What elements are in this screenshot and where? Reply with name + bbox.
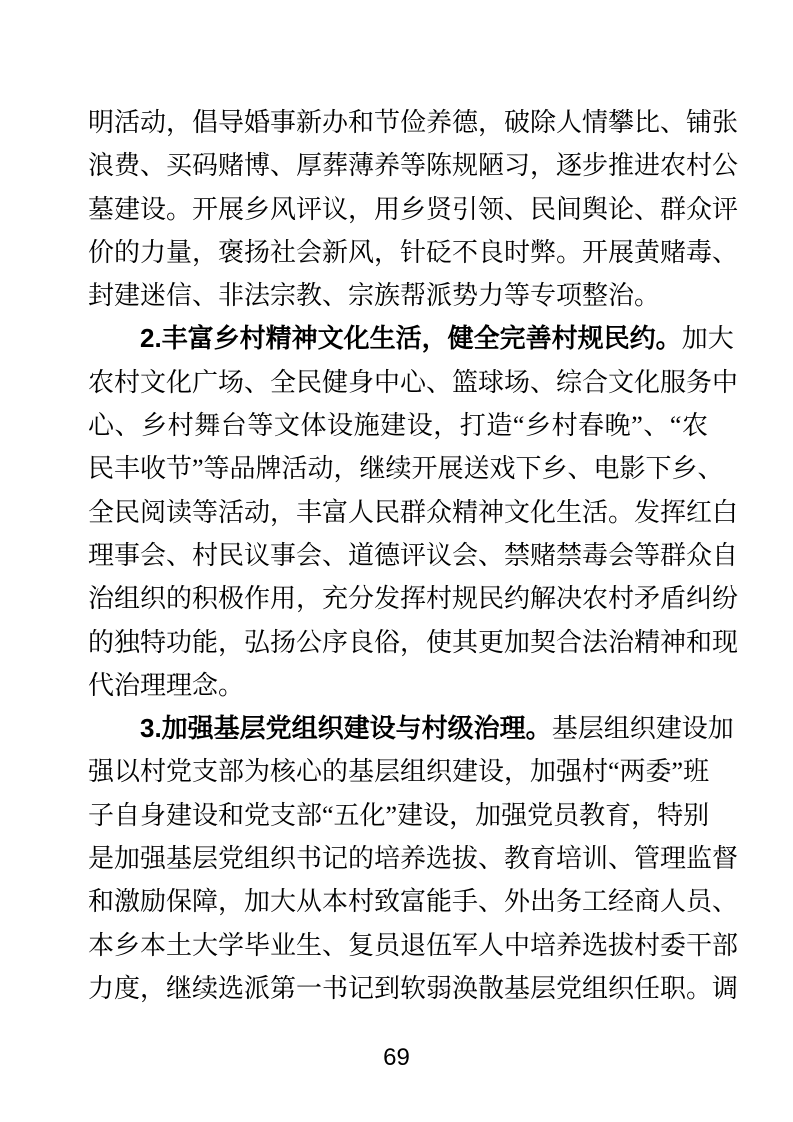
line-text: 封建迷信、非法宗教、宗族帮派势力等专项整治。 [88,281,660,310]
line-text: 强以村党支部为核心的基层组织建设，加强村“两委”班 [88,757,709,786]
text-line: 理事会、村民议事会、道德评议会、禁赌禁毒会等群众自 [88,534,708,577]
text-line: 农村文化广场、全民健身中心、篮球场、综合文化服务中 [88,361,708,404]
line-text: 全民阅读等活动，丰富人民群众精神文化生活。发挥红白 [88,498,738,527]
text-line: 明活动，倡导婚事新办和节俭养德，破除人情攀比、铺张 [88,101,708,144]
line-text: 民丰收节”等品牌活动，继续开展送戏下乡、电影下乡、 [88,454,724,483]
line-text: 心、乡村舞台等文体设施建设，打造“乡村春晚”、“农 [88,411,708,440]
text-line: 心、乡村舞台等文体设施建设，打造“乡村春晚”、“农 [88,404,708,447]
text-block: 明活动，倡导婚事新办和节俭养德，破除人情攀比、铺张 浪费、买码赌博、厚葬薄养等陈… [88,101,708,1010]
text-line: 本乡本土大学毕业生、复员退伍军人中培养选拔村委干部 [88,924,708,967]
text-line: 强以村党支部为核心的基层组织建设，加强村“两委”班 [88,750,708,793]
line-text: 力度，继续选派第一书记到软弱涣散基层党组织任职。调 [88,974,738,1003]
line-text: 本乡本土大学毕业生、复员退伍军人中培养选拔村委干部 [88,931,738,960]
line-text: 农村文化广场、全民健身中心、篮球场、综合文化服务中 [88,368,738,397]
text-line: 的独特功能，弘扬公序良俗，使其更加契合法治精神和现 [88,621,708,664]
text-line: 代治理理念。 [88,664,708,707]
text-line: 全民阅读等活动，丰富人民群众精神文化生活。发挥红白 [88,491,708,534]
paragraph-heading-text: 2.丰富乡村精神文化生活，健全完善村规民约。 [140,323,682,353]
page-number: 69 [0,1044,793,1072]
text-line: 力度，继续选派第一书记到软弱涣散基层党组织任职。调 [88,967,708,1010]
line-text: 是加强基层党组织书记的培养选拔、教育培训、管理监督 [88,844,738,873]
line-text: 的独特功能，弘扬公序良俗，使其更加契合法治精神和现 [88,628,738,657]
line-text: 明活动，倡导婚事新办和节俭养德，破除人情攀比、铺张 [88,108,738,137]
line-text: 治组织的积极作用，充分发挥村规民约解决农村矛盾纠纷 [88,584,738,613]
text-line: 价的力量，褒扬社会新风，针砭不良时弊。开展黄赌毒、 [88,231,708,274]
line-text: 加大 [682,324,734,353]
text-line: 墓建设。开展乡风评议，用乡贤引领、民间舆论、群众评 [88,188,708,231]
line-text: 浪费、买码赌博、厚葬薄养等陈规陋习，逐步推进农村公 [88,151,738,180]
line-text: 理事会、村民议事会、道德评议会、禁赌禁毒会等群众自 [88,541,738,570]
paragraph-heading-text: 3.加强基层党组织建设与村级治理。 [140,713,552,743]
line-text: 基层组织建设加 [552,714,734,743]
text-line: 浪费、买码赌博、厚葬薄养等陈规陋习，逐步推进农村公 [88,144,708,187]
document-page: 明活动，倡导婚事新办和节俭养德，破除人情攀比、铺张 浪费、买码赌博、厚葬薄养等陈… [0,0,793,1122]
line-text: 墓建设。开展乡风评议，用乡贤引领、民间舆论、群众评 [88,195,738,224]
text-line: 治组织的积极作用，充分发挥村规民约解决农村矛盾纠纷 [88,577,708,620]
line-text: 价的力量，褒扬社会新风，针砭不良时弊。开展黄赌毒、 [88,238,738,267]
paragraph-heading-line: 2.丰富乡村精神文化生活，健全完善村规民约。加大 [88,317,708,360]
text-line: 是加强基层党组织书记的培养选拔、教育培训、管理监督 [88,837,708,880]
text-line: 子自身建设和党支部“五化”建设，加强党员教育，特别 [88,794,708,837]
text-line: 封建迷信、非法宗教、宗族帮派势力等专项整治。 [88,274,708,317]
text-line: 和激励保障，加大从本村致富能手、外出务工经商人员、 [88,880,708,923]
line-text: 代治理理念。 [88,671,244,700]
line-text: 和激励保障，加大从本村致富能手、外出务工经商人员、 [88,887,738,916]
paragraph-heading-line: 3.加强基层党组织建设与村级治理。基层组织建设加 [88,707,708,750]
text-line: 民丰收节”等品牌活动，继续开展送戏下乡、电影下乡、 [88,447,708,490]
line-text: 子自身建设和党支部“五化”建设，加强党员教育，特别 [88,801,709,830]
